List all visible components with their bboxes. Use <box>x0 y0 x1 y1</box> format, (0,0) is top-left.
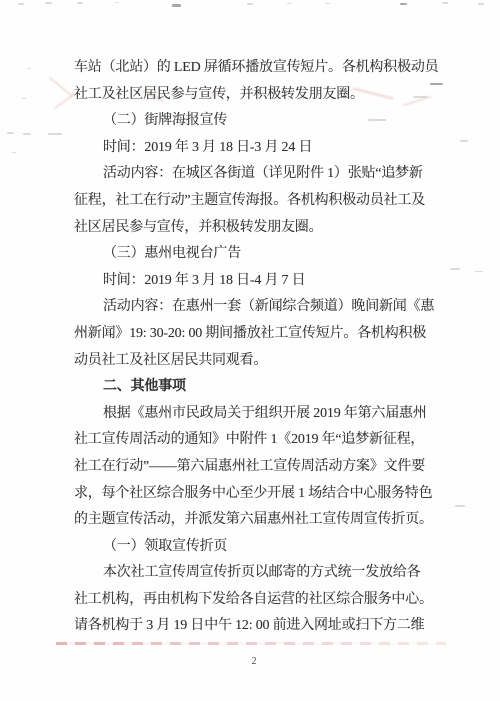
text-line: 活动内容：在惠州一套（新闻综合频道）晚间新闻《惠 <box>74 294 442 321</box>
text-line: 社工机构，再由机构下发给各自运营的社区综合服务中心。 <box>74 587 442 614</box>
text-line: 社工及社区居民参与宣传，并积极转发朋友圈。 <box>74 82 442 109</box>
scan-speck <box>27 68 31 69</box>
text-line: 州新闻》19: 30-20: 00 期间播放社工宣传短片。各机构积极 <box>74 321 442 348</box>
scan-speck <box>172 4 181 7</box>
text-line: 活动内容：在城区各街道（详见附件 1）张贴“追梦新 <box>74 161 442 188</box>
scan-speck <box>77 2 83 4</box>
text-line: 社区居民参与宣传，并积极转发朋友圈。 <box>74 215 442 242</box>
scan-speck <box>478 3 484 5</box>
scan-speck <box>23 133 31 135</box>
scanned-document-page: 车站（北站）的 LED 屏循环播放宣传短片。各机构积极动员 社工及社区居民参与宣… <box>0 0 500 701</box>
scan-speck <box>7 132 14 134</box>
scan-speck <box>400 3 407 5</box>
text-line: 根据《惠州市民政局关于组织开展 2019 年第六届惠州 <box>74 401 442 428</box>
text-line: 动员社工及社区居民共同观看。 <box>74 348 442 375</box>
scan-speck <box>325 3 330 4</box>
stamp-bleed-mark <box>54 93 76 110</box>
scan-speck <box>475 271 483 272</box>
scan-speck <box>18 3 24 5</box>
scan-speck <box>22 98 26 99</box>
scan-speck <box>115 2 119 3</box>
scan-speck <box>247 3 253 5</box>
scan-speck <box>450 268 460 270</box>
scan-speck <box>45 2 52 4</box>
document-body: 车站（北站）的 LED 屏循环播放宣传短片。各机构积极动员 社工及社区居民参与宣… <box>74 55 442 640</box>
text-line: 时间：2019 年 3 月 18 日-4 月 7 日 <box>74 268 442 295</box>
text-line: 车站（北站）的 LED 屏循环播放宣传短片。各机构积极动员 <box>74 55 442 82</box>
text-line: （一）领取宣传折页 <box>74 534 442 561</box>
text-line: 的主题宣传活动，并派发第六届惠州社工宣传周宣传折页。 <box>74 507 442 534</box>
text-line: 请各机构于 3 月 19 日中午 12: 00 前进入网址或扫下方二维 <box>74 613 442 640</box>
page-number: 2 <box>74 656 434 667</box>
text-line: 社工宣传周活动的通知》中附件 1《2019 年“追梦新征程， <box>74 427 442 454</box>
text-line: 社工在行动”——第六届惠州社工宣传周活动方案》文件要 <box>74 454 442 481</box>
text-line: 征程，社工在行动”主题宣传海报。各机构积极动员社工及 <box>74 188 442 215</box>
scan-speck <box>12 152 16 153</box>
section-heading: 二、其他事项 <box>74 374 442 401</box>
scan-speck <box>48 133 62 135</box>
scan-speck <box>455 505 465 507</box>
text-line: （三）惠州电视台广告 <box>74 241 442 268</box>
text-line: （二）街牌海报宣传 <box>74 108 442 135</box>
text-line: 时间：2019 年 3 月 18 日-3 月 24 日 <box>74 135 442 162</box>
text-line: 本次社工宣传周宣传折页以邮寄的方式统一发放给各 <box>74 560 442 587</box>
stamp-bleed-mark <box>49 77 73 98</box>
scan-speck <box>442 2 448 4</box>
scan-bleed-line <box>56 642 446 645</box>
scan-speck <box>287 3 292 4</box>
scan-speck <box>460 140 468 142</box>
text-line: 求，每个社区综合服务中心至少开展 1 场结合中心服务特色 <box>74 481 442 508</box>
